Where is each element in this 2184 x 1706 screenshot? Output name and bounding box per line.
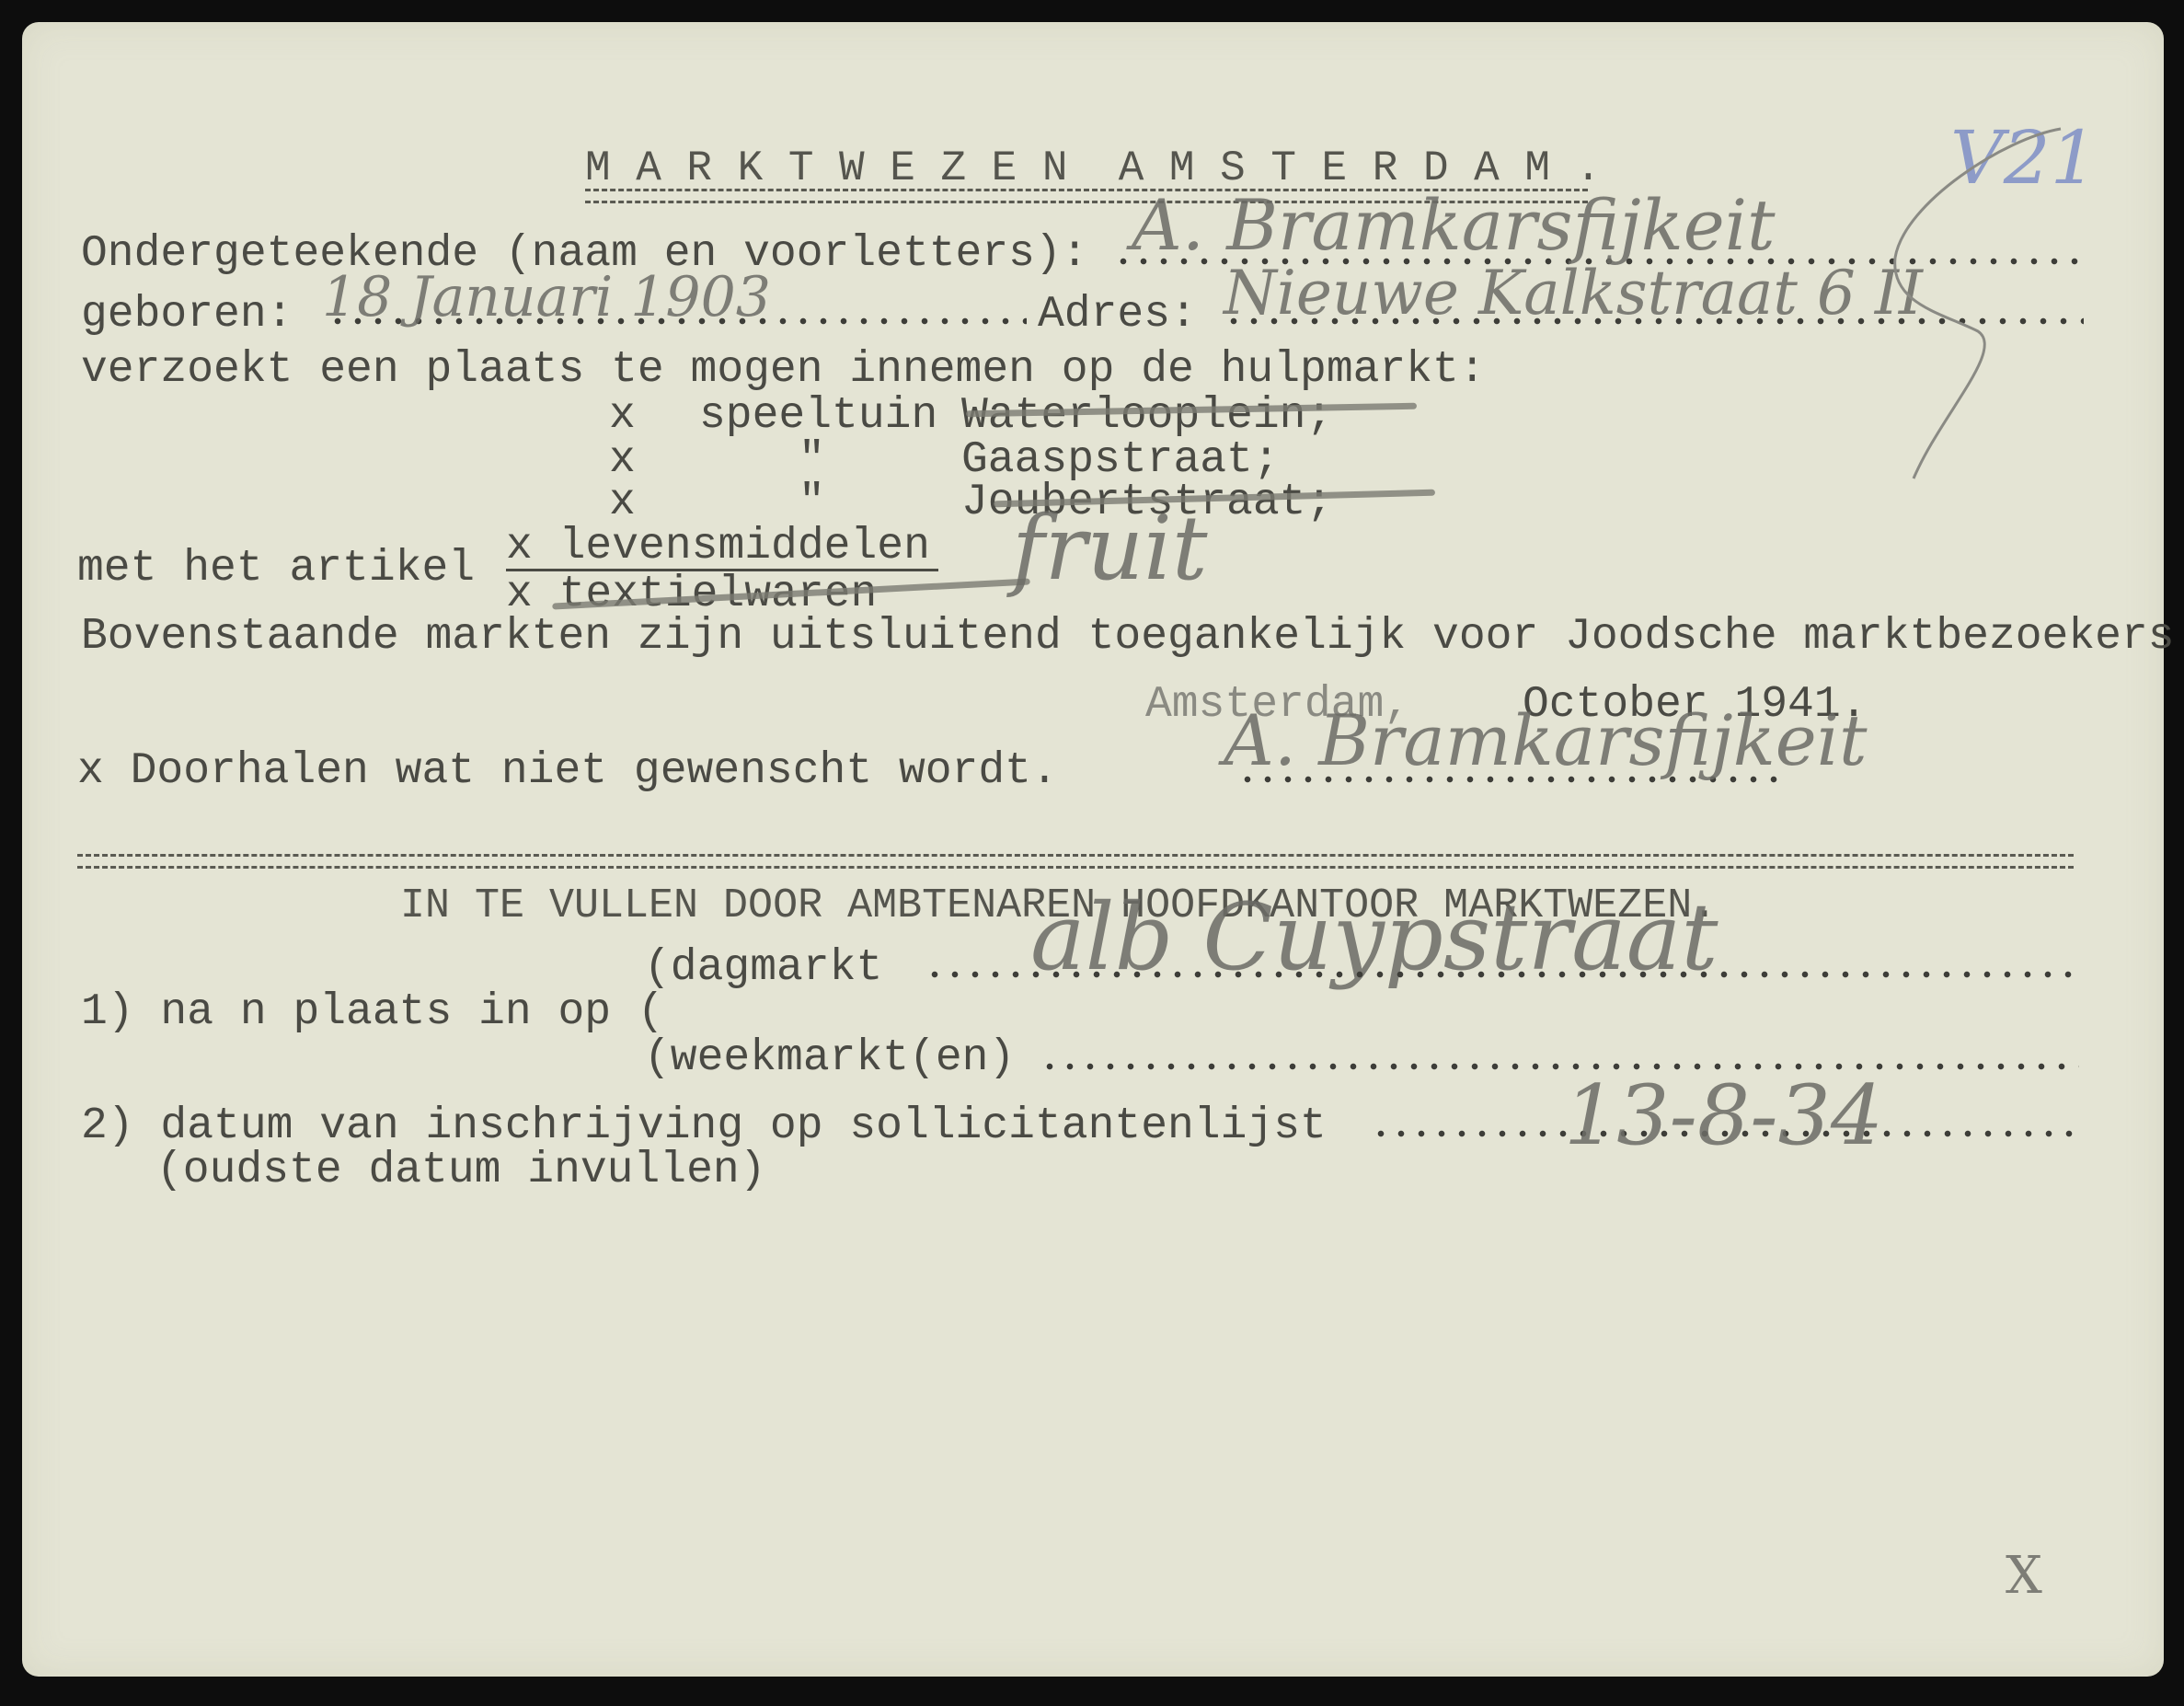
article-option-levensmiddelen: x levensmiddelen	[506, 524, 930, 569]
market-mark-3: x	[609, 480, 636, 524]
footnote-text: x Doorhalen wat niet gewenscht wordt.	[77, 749, 1058, 793]
item1-label: 1) na n plaats in op (	[81, 990, 664, 1034]
request-text: verzoekt een plaats te mogen innemen op …	[81, 348, 1486, 392]
address-label: Adres:	[1038, 293, 1197, 337]
born-label: geboren:	[81, 293, 293, 337]
dagmarkt-label: (dagmarkt	[644, 946, 882, 990]
market-prefix-3: "	[799, 480, 825, 524]
market-mark-2: x	[609, 438, 636, 482]
market-mark-1: x	[609, 394, 636, 438]
address-handwritten: Nieuwe Kalkstraat 6 II	[1224, 258, 1923, 329]
market-prefix-1: speeltuin	[699, 394, 937, 438]
signature-handwritten: A. Bramkarsfijkeit	[1224, 699, 1868, 781]
notice-text: Bovenstaande markten zijn uitsluitend to…	[81, 615, 2184, 659]
weekmarkt-label: (weekmarkt(en)	[644, 1036, 1015, 1080]
item2-sub-label: (oudste datum invullen)	[156, 1148, 766, 1193]
bottom-corner-mark: X	[2006, 1546, 2042, 1606]
name-handwritten: A. Bramkarsfijkeit	[1132, 184, 1776, 266]
blue-ink-mark: V21	[1950, 115, 2098, 201]
article-handwritten: fruit	[1012, 497, 1208, 600]
section-separator	[77, 854, 2074, 869]
item2-handwritten-date: 13-8-34	[1564, 1067, 1883, 1164]
dagmarkt-dotted-line	[925, 971, 2079, 978]
item2-label: 2) datum van inschrijving op sollicitant…	[81, 1104, 1327, 1148]
market-prefix-2: "	[799, 438, 825, 482]
market-name-gaaspstraat: Gaaspstraat;	[961, 438, 1280, 482]
weekmarkt-dotted-line	[1040, 1063, 2079, 1070]
born-handwritten: 18 Januari 1903	[322, 265, 771, 329]
article-label: met het artikel	[77, 547, 475, 591]
